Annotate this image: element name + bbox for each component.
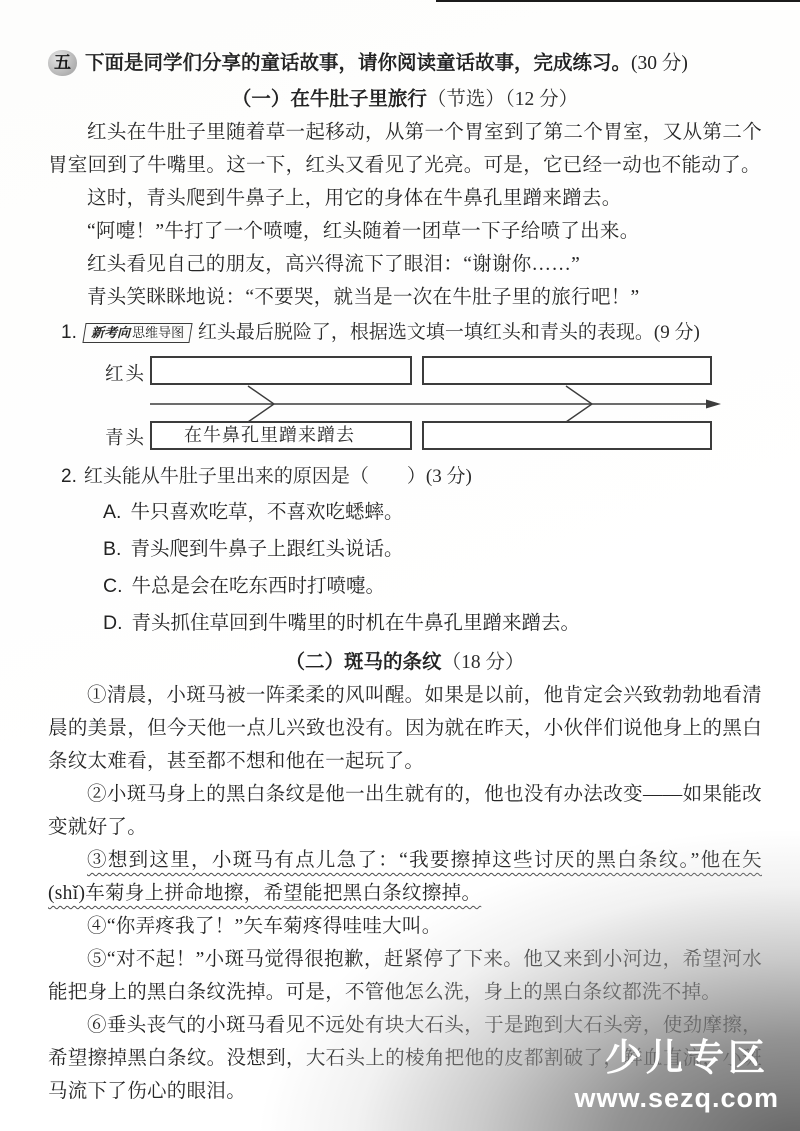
option-row: C. 牛总是会在吃东西时打喷嚏。 (103, 568, 762, 605)
option-row: A. 牛只喜欢吃草，不喜欢吃蟋蟀。 (103, 494, 762, 531)
question1-stem: 红头最后脱险了，根据选文填一填红头和青头的表现。 (198, 322, 654, 343)
new-exam-topic-badge: 新考向思维导图 (82, 323, 192, 343)
passage1-title: （一）在牛肚子里旅行 (232, 88, 427, 110)
passage1-paragraph: 红头看见自己的朋友，高兴得流下了眼泪：“谢谢你……” (48, 248, 762, 281)
passage1-paragraph: “阿嚏！”牛打了一个喷嚏，红头随着一团草一下子给喷了出来。 (48, 215, 762, 248)
question1-points: (9 分) (654, 322, 700, 343)
passage1-points: （12 分） (505, 89, 578, 110)
paragraph-text: 想到这里，小斑马有点儿急了：“我要擦掉这些讨厌的黑白条纹。”他在矢(shǐ)车菊… (48, 850, 762, 904)
question2-row: 2. 红头能从牛肚子里出来的原因是（ ）(3 分) (48, 460, 762, 494)
section-number-badge: 五 (48, 50, 77, 76)
badge-bold-label: 新考向 (91, 325, 130, 340)
option-letter: B. (103, 531, 121, 567)
paragraph-marker: ⑥ (87, 1015, 107, 1036)
paragraph-marker: ⑤ (87, 949, 107, 970)
passage2-title-row: （二）斑马的条纹（18 分） (48, 646, 762, 679)
passage1-paragraph: 这时，青头爬到牛鼻子上，用它的身体在牛鼻孔里蹭来蹭去。 (48, 182, 762, 215)
answer-blank-box (422, 356, 712, 385)
question1-number: 1. (61, 316, 77, 350)
paragraph-text: “对不起！”小斑马觉得很抱歉，赶紧停了下来。他又来到小河边，希望河水能把身上的黑… (48, 949, 762, 1003)
option-text: 青头爬到牛鼻子上跟红头说话。 (130, 532, 403, 568)
scan-edge-line (436, 0, 800, 2)
paragraph-text: “你弄疼我了！”矢车菊疼得哇哇大叫。 (107, 916, 442, 937)
passage2-paragraph: ①清晨，小斑马被一阵柔柔的风叫醒。如果是以前，他肯定会兴致勃勃地看清晨的美景，但… (48, 679, 762, 778)
section-header: 五 下面是同学们分享的童话故事，请你阅读童话故事，完成练习。(30 分) (48, 48, 762, 79)
passage2-paragraph: ⑤“对不起！”小斑马觉得很抱歉，赶紧停了下来。他又来到小河边，希望河水能把身上的… (48, 943, 762, 1009)
option-letter: A. (103, 494, 121, 530)
question2-number: 2. (61, 460, 77, 494)
paragraph-marker: ③ (87, 850, 108, 871)
question1-text: 红头最后脱险了，根据选文填一填红头和青头的表现。(9 分) (198, 316, 700, 350)
watermark-url: www.sezq.com (574, 1083, 779, 1114)
option-text: 牛只喜欢吃草，不喜欢吃蟋蟀。 (130, 495, 403, 531)
mindmap-diagram: 红头 青头 在牛鼻孔里蹭来蹭去 (48, 356, 762, 452)
option-letter: D. (103, 605, 123, 641)
question2-text: 红头能从牛肚子里出来的原因是（ ）(3 分) (84, 460, 472, 494)
option-text: 牛总是会在吃东西时打喷嚏。 (132, 569, 386, 605)
timeline-arrow-icon (150, 385, 722, 423)
badge-label: 思维导图 (132, 325, 184, 340)
paper-content: 五 下面是同学们分享的童话故事，请你阅读童话故事，完成练习。(30 分) （一）… (48, 48, 762, 1108)
section-points: (30 分) (631, 53, 688, 74)
question2-points: (3 分) (426, 466, 472, 487)
option-row: D. 青头抓住草回到牛嘴里的时机在牛鼻孔里蹭来蹭去。 (103, 605, 762, 642)
passage2-paragraph: ②小斑马身上的黑白条纹是他一出生就有的，他也没有办法改变——如果能改变就好了。 (48, 778, 762, 844)
paragraph-marker: ② (87, 784, 107, 805)
paragraph-marker: ④ (87, 916, 107, 937)
section-intro: 下面是同学们分享的童话故事，请你阅读童话故事，完成练习。 (85, 52, 631, 74)
paragraph-marker: ① (87, 685, 107, 706)
paragraph-text: 小斑马身上的黑白条纹是他一出生就有的，他也没有办法改变——如果能改变就好了。 (48, 784, 762, 838)
question1-row: 1. 新考向思维导图 红头最后脱险了，根据选文填一填红头和青头的表现。(9 分) (48, 316, 762, 350)
passage2-points: （18 分） (442, 652, 525, 673)
passage1-paragraph: 红头在牛肚子里随着草一起移动，从第一个胃室到了第二个胃室，又从第二个胃室回到了牛… (48, 116, 762, 182)
section-intro-text: 下面是同学们分享的童话故事，请你阅读童话故事，完成练习。(30 分) (85, 48, 688, 79)
diagram-row1-label: 红头 (105, 360, 146, 386)
answer-filled-box: 在牛鼻孔里蹭来蹭去 (150, 421, 412, 450)
watermark-title: 少儿专区 (605, 1027, 769, 1081)
passage1-paragraph: 青头笑眯眯地说：“不要哭，就当是一次在牛肚子里的旅行吧！” (48, 281, 762, 314)
passage2-paragraph: ④“你弄疼我了！”矢车菊疼得哇哇大叫。 (48, 910, 762, 943)
test-paper-page: 五 下面是同学们分享的童话故事，请你阅读童话故事，完成练习。(30 分) （一）… (0, 0, 800, 1131)
option-text: 青头抓住草回到牛嘴里的时机在牛鼻孔里蹭来蹭去。 (132, 606, 581, 642)
question2-stem: 红头能从牛肚子里出来的原因是（ ） (84, 466, 426, 487)
option-letter: C. (103, 568, 123, 604)
paragraph-text: 清晨，小斑马被一阵柔柔的风叫醒。如果是以前，他肯定会兴致勃勃地看清晨的美景，但今… (48, 685, 762, 772)
answer-blank-box (150, 356, 412, 385)
passage2-title: （二）斑马的条纹 (286, 651, 442, 673)
passage1-title-row: （一）在牛肚子里旅行（节选）（12 分） (48, 83, 762, 116)
answer-blank-box (422, 421, 712, 450)
diagram-row2-label: 青头 (105, 424, 146, 450)
passage2-paragraph-underlined: ③想到这里，小斑马有点儿急了：“我要擦掉这些讨厌的黑白条纹。”他在矢(shǐ)车… (48, 844, 762, 910)
option-row: B. 青头爬到牛鼻子上跟红头说话。 (103, 531, 762, 568)
passage1-subtitle: （节选） (427, 89, 505, 110)
